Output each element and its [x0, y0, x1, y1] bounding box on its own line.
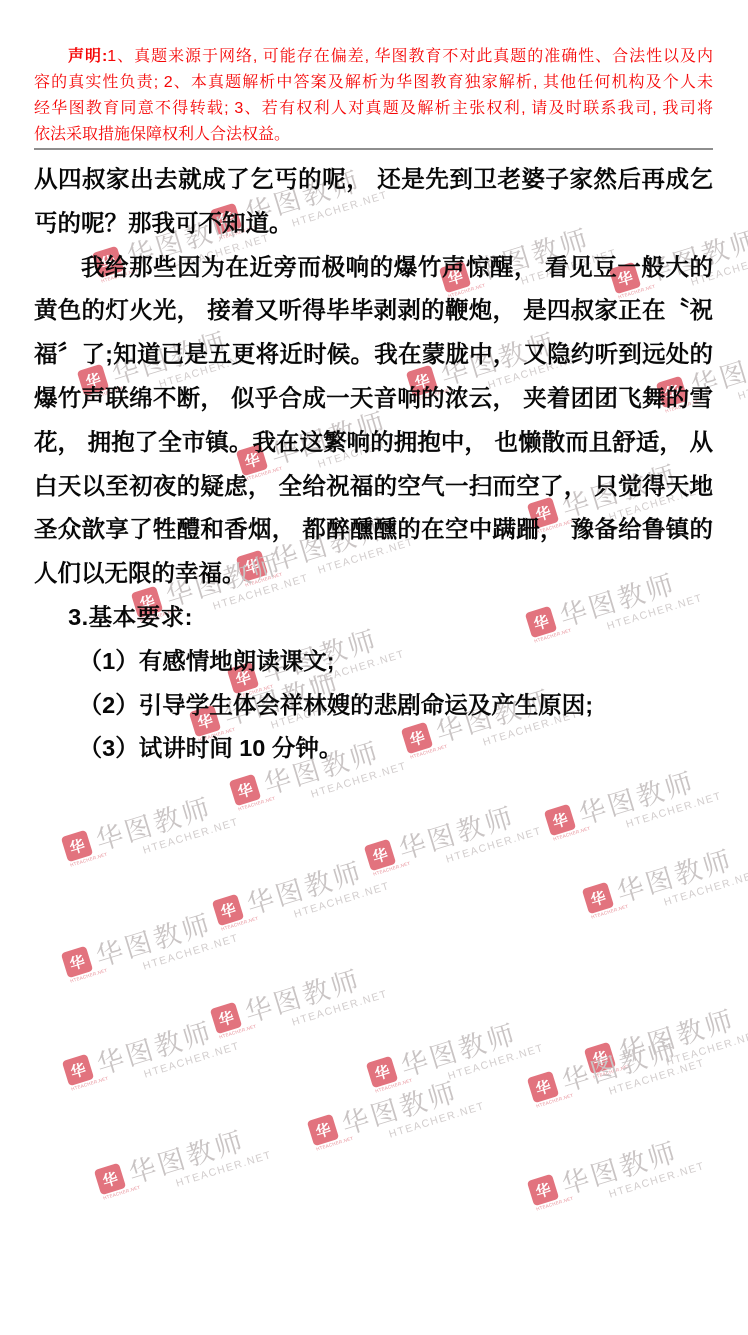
body-line: 圣众歆享了牲醴和香烟， 都醉醺醺的在空中蹒跚， 豫备给鲁镇的 — [34, 508, 713, 552]
huatu-logo-char: 华 — [550, 808, 570, 832]
document-page: 声明:1、真题来源于网络, 可能存在偏差, 华图教育不对此真题的准确性、合法性以… — [0, 0, 748, 1335]
huatu-logo-char: 华 — [372, 1060, 392, 1084]
body-line: 丐的呢？那我可不知道。 — [34, 202, 713, 246]
watermark: 华HTEACHER.NET华图教师HTEACHER.NET — [587, 1045, 748, 1088]
huatu-logo-caption: HTEACHER.NET — [316, 1136, 354, 1152]
huatu-logo-char: 华 — [533, 1075, 553, 1099]
watermark-domain-text: HTEACHER.NET — [445, 825, 544, 866]
watermark-group: 华HTEACHER.NET华图教师HTEACHER.NET — [307, 1070, 487, 1162]
huatu-logo-char: 华 — [216, 1006, 236, 1030]
huatu-logo-caption: HTEACHER.NET — [375, 1078, 413, 1094]
huatu-logo-icon: 华HTEACHER.NET — [527, 1174, 559, 1206]
watermark-domain-text: HTEACHER.NET — [665, 1028, 748, 1069]
watermark-domain-text: HTEACHER.NET — [388, 1100, 487, 1141]
watermark: 华HTEACHER.NET华图教师HTEACHER.NET — [310, 1117, 485, 1160]
watermark-domain-text: HTEACHER.NET — [608, 1057, 707, 1098]
huatu-logo-caption: HTEACHER.NET — [103, 1185, 141, 1201]
watermark: 华HTEACHER.NET华图教师HTEACHER.NET — [64, 833, 239, 876]
body-line: 福〞了;知道已是五更将近时候。我在蒙胧中， 又隐约听到远处的 — [34, 333, 713, 377]
watermark: 华HTEACHER.NET华图教师HTEACHER.NET — [530, 1177, 705, 1220]
watermark-group: 华HTEACHER.NET华图教师HTEACHER.NET — [94, 1119, 274, 1211]
watermark: 华HTEACHER.NET华图教师HTEACHER.NET — [213, 1005, 388, 1048]
huatu-logo-icon: 华HTEACHER.NET — [210, 1002, 242, 1034]
watermark-domain-text: HTEACHER.NET — [737, 362, 748, 403]
requirement-line: （1）有感情地朗读课文; — [34, 640, 713, 684]
huatu-logo-icon: 华HTEACHER.NET — [61, 946, 93, 978]
watermark-group: 华HTEACHER.NET华图教师HTEACHER.NET — [544, 760, 724, 852]
watermark-brand-text: 华图教师 — [613, 992, 748, 1071]
requirement-line: （3）试讲时间 10 分钟。 — [34, 727, 713, 771]
body-line: 从四叔家出去就成了乞丐的呢， 还是先到卫老婆子家然后再成乞 — [34, 158, 713, 202]
watermark-domain-text: HTEACHER.NET — [293, 880, 392, 921]
watermark-text: 华图教师HTEACHER.NET — [556, 1021, 706, 1110]
body-line: 白天以至初夜的疑虑， 全给祝福的空气一扫而空了， 只觉得天地 — [34, 465, 713, 509]
disclaimer-line: 经华图教育同意不得转载; 3、若有权利人对真题及解析主张权利, 请及时联系我司,… — [34, 96, 713, 122]
watermark-group: 华HTEACHER.NET华图教师HTEACHER.NET — [527, 1130, 707, 1222]
huatu-logo-caption: HTEACHER.NET — [373, 861, 411, 877]
huatu-logo-icon: 华HTEACHER.NET — [364, 839, 396, 871]
huatu-logo-caption: HTEACHER.NET — [536, 1196, 574, 1212]
body-line: 爆竹声联绵不断， 似乎合成一天音响的浓云， 夹着团团飞舞的雪 — [34, 377, 713, 421]
watermark-text: 华图教师HTEACHER.NET — [395, 1006, 545, 1095]
body-line: 黄色的灯火光， 接着又听得毕毕剥剥的鞭炮， 是四叔家正在〝祝 — [34, 289, 713, 333]
huatu-logo-caption: HTEACHER.NET — [70, 852, 108, 868]
heading-line: 3.基本要求: — [34, 596, 713, 640]
watermark: 华HTEACHER.NET华图教师HTEACHER.NET — [65, 1057, 240, 1100]
watermark-group: 华HTEACHER.NET华图教师HTEACHER.NET — [366, 1012, 546, 1104]
huatu-logo-icon: 华HTEACHER.NET — [582, 882, 614, 914]
body-line: 花， 拥抱了全市镇。我在这繁响的拥抱中， 也懒散而且舒适， 从 — [34, 421, 713, 465]
watermark-domain-text: HTEACHER.NET — [608, 1160, 707, 1201]
huatu-logo-icon: 华HTEACHER.NET — [61, 830, 93, 862]
watermark-brand-text: 华图教师 — [393, 789, 540, 868]
huatu-logo-icon: 华HTEACHER.NET — [584, 1042, 616, 1074]
watermark-text: 华图教师HTEACHER.NET — [91, 1004, 241, 1093]
watermark: 华HTEACHER.NET华图教师HTEACHER.NET — [530, 1074, 705, 1117]
watermark-brand-text: 华图教师 — [90, 780, 237, 859]
watermark-brand-text: 华图教师 — [336, 1064, 483, 1143]
disclaimer-prefix: 声明: — [68, 48, 107, 65]
watermark-domain-text: HTEACHER.NET — [142, 816, 241, 857]
watermark-text: 华图教师HTEACHER.NET — [241, 844, 391, 933]
huatu-logo-icon: 华HTEACHER.NET — [94, 1163, 126, 1195]
watermark-domain-text: HTEACHER.NET — [291, 988, 390, 1029]
watermark-domain-text: HTEACHER.NET — [663, 868, 748, 909]
huatu-logo-caption: HTEACHER.NET — [221, 916, 259, 932]
huatu-logo-char: 华 — [588, 886, 608, 910]
watermark: 华HTEACHER.NET华图教师HTEACHER.NET — [97, 1166, 272, 1209]
huatu-logo-caption: HTEACHER.NET — [71, 1076, 109, 1092]
watermark-text: 华图教师HTEACHER.NET — [556, 1124, 706, 1213]
watermark-brand-text: 华图教师 — [90, 896, 237, 975]
huatu-logo-caption: HTEACHER.NET — [553, 826, 591, 842]
watermark-domain-text: HTEACHER.NET — [175, 1149, 274, 1190]
huatu-logo-char: 华 — [370, 843, 390, 867]
disclaimer-line: 依法采取措施保障权利人合法权益。 — [34, 122, 713, 148]
watermark: 华HTEACHER.NET华图教师HTEACHER.NET — [64, 949, 239, 992]
huatu-logo-char: 华 — [313, 1118, 333, 1142]
watermark-brand-text: 华图教师 — [556, 1021, 703, 1100]
watermark-brand-text: 华图教师 — [91, 1004, 238, 1083]
huatu-logo-char: 华 — [533, 1178, 553, 1202]
watermark-group: 华HTEACHER.NET华图教师HTEACHER.NET — [61, 902, 241, 994]
watermark-text: 华图教师HTEACHER.NET — [613, 992, 748, 1081]
huatu-logo-char: 华 — [218, 898, 238, 922]
body-line: 人们以无限的幸福。 — [34, 552, 713, 596]
watermark-brand-text: 华图教师 — [241, 844, 388, 923]
disclaimer: 声明:1、真题来源于网络, 可能存在偏差, 华图教育不对此真题的准确性、合法性以… — [34, 44, 713, 148]
disclaimer-line: 容的真实性负责; 2、本真题解析中答案及解析为华图教育独家解析, 其他任何机构及… — [34, 70, 713, 96]
watermark-brand-text: 华图教师 — [123, 1113, 270, 1192]
watermark: 华HTEACHER.NET华图教师HTEACHER.NET — [367, 842, 542, 885]
watermark: 华HTEACHER.NET华图教师HTEACHER.NET — [585, 885, 748, 928]
requirement-line: （2）引导学生体会祥林嫂的悲剧命运及产生原因; — [34, 684, 713, 728]
watermark-text: 华图教师HTEACHER.NET — [611, 832, 748, 921]
huatu-logo-caption: HTEACHER.NET — [70, 968, 108, 984]
disclaimer-line: 声明:1、真题来源于网络, 可能存在偏差, 华图教育不对此真题的准确性、合法性以… — [34, 44, 713, 70]
watermark-group: 华HTEACHER.NET华图教师HTEACHER.NET — [210, 958, 390, 1050]
huatu-logo-icon: 华HTEACHER.NET — [544, 804, 576, 836]
watermark-text: 华图教师HTEACHER.NET — [393, 789, 543, 878]
huatu-logo-icon: 华HTEACHER.NET — [527, 1071, 559, 1103]
huatu-logo-char: 华 — [67, 834, 87, 858]
watermark-text: 华图教师HTEACHER.NET — [123, 1113, 273, 1202]
watermark-text: 华图教师HTEACHER.NET — [336, 1064, 486, 1153]
watermark-domain-text: HTEACHER.NET — [625, 790, 724, 831]
huatu-logo-char: 华 — [100, 1167, 120, 1191]
watermark-brand-text: 华图教师 — [239, 952, 386, 1031]
watermark: 华HTEACHER.NET华图教师HTEACHER.NET — [215, 897, 390, 940]
watermark: 华HTEACHER.NET华图教师HTEACHER.NET — [232, 777, 407, 820]
watermark-group: 华HTEACHER.NET华图教师HTEACHER.NET — [364, 795, 544, 887]
watermark-group: 华HTEACHER.NET华图教师HTEACHER.NET — [62, 1010, 242, 1102]
huatu-logo-icon: 华HTEACHER.NET — [229, 774, 261, 806]
huatu-logo-char: 华 — [235, 778, 255, 802]
watermark-brand-text: 华图教师 — [395, 1006, 542, 1085]
body-text: 从四叔家出去就成了乞丐的呢， 还是先到卫老婆子家然后再成乞丐的呢？那我可不知道。… — [34, 158, 713, 771]
watermark-text: 华图教师HTEACHER.NET — [239, 952, 389, 1041]
watermark-group: 华HTEACHER.NET华图教师HTEACHER.NET — [212, 850, 392, 942]
huatu-logo-icon: 华HTEACHER.NET — [62, 1054, 94, 1086]
divider-line — [34, 148, 713, 150]
huatu-logo-caption: HTEACHER.NET — [536, 1093, 574, 1109]
watermark: 华HTEACHER.NET华图教师HTEACHER.NET — [547, 807, 722, 850]
watermark-brand-text: 华图教师 — [556, 1124, 703, 1203]
watermark-domain-text: HTEACHER.NET — [143, 1040, 242, 1081]
watermark-domain-text: HTEACHER.NET — [142, 932, 241, 973]
disclaimer-text: 1、真题来源于网络, 可能存在偏差, 华图教育不对此真题的准确性、合法性以及内 — [107, 48, 713, 65]
watermark-group: 华HTEACHER.NET华图教师HTEACHER.NET — [584, 998, 748, 1090]
huatu-logo-char: 华 — [590, 1046, 610, 1070]
huatu-logo-caption: HTEACHER.NET — [591, 904, 629, 920]
watermark-text: 华图教师HTEACHER.NET — [90, 896, 240, 985]
watermark-domain-text: HTEACHER.NET — [447, 1042, 546, 1083]
huatu-logo-icon: 华HTEACHER.NET — [307, 1114, 339, 1146]
huatu-logo-caption: HTEACHER.NET — [219, 1024, 257, 1040]
watermark-brand-text: 华图教师 — [611, 832, 748, 911]
huatu-logo-caption: HTEACHER.NET — [238, 796, 276, 812]
watermark-text: 华图教师HTEACHER.NET — [90, 780, 240, 869]
huatu-logo-icon: 华HTEACHER.NET — [366, 1056, 398, 1088]
watermark-group: 华HTEACHER.NET华图教师HTEACHER.NET — [527, 1027, 707, 1119]
watermark: 华HTEACHER.NET华图教师HTEACHER.NET — [369, 1059, 544, 1102]
huatu-logo-char: 华 — [67, 950, 87, 974]
huatu-logo-icon: 华HTEACHER.NET — [212, 894, 244, 926]
body-line: 我给那些因为在近旁而极响的爆竹声惊醒， 看见豆一般大的 — [34, 246, 713, 290]
watermark-group: 华HTEACHER.NET华图教师HTEACHER.NET — [61, 786, 241, 878]
watermark-group: 华HTEACHER.NET华图教师HTEACHER.NET — [582, 838, 748, 930]
huatu-logo-caption: HTEACHER.NET — [593, 1064, 631, 1080]
huatu-logo-char: 华 — [68, 1058, 88, 1082]
